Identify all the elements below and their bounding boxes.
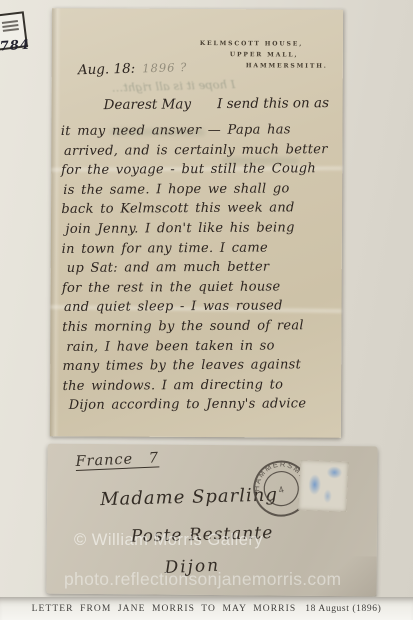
letter-line: rain, I have been taken in so <box>66 336 336 357</box>
photo-credit-watermark: photo.reflectionsonjanemorris.com <box>64 569 341 590</box>
svg-text:4: 4 <box>277 484 285 495</box>
bleed-through-text: I hope it is all right… <box>112 77 236 95</box>
salutation: Dearest May <box>104 96 192 113</box>
letter-line: for the rest in the quiet house <box>62 277 336 299</box>
archive-stamp: 784 <box>0 11 28 51</box>
letter-line: in town for any time. I came <box>62 238 336 260</box>
letter-line: Dijon according to Jenny's advice <box>69 394 337 415</box>
letter-line: this morning by the sound of real <box>62 316 336 338</box>
stamp-text-line <box>2 28 18 32</box>
letter-line: it may need answer — Papa has <box>61 120 335 142</box>
letterhead-line: HAMMERSMITH. <box>246 60 328 71</box>
framed-photo-of-letter: 784 KELMSCOTT HOUSE, UPPER MALL, HAMMERS… <box>0 0 413 620</box>
caption-date: 18 August (1896) <box>305 604 381 614</box>
salutation-row: Dearest May I send this on as <box>104 95 330 113</box>
archive-number: 784 <box>0 38 30 55</box>
letter-sheet: KELMSCOTT HOUSE, UPPER MALL, HAMMERSMITH… <box>50 8 343 438</box>
caption-bar: LETTER FROM JANE MORRIS TO MAY MORRIS 18… <box>0 597 413 620</box>
opening-phrase: I send this on as <box>217 95 329 112</box>
caption-title: LETTER FROM JANE MORRIS TO MAY MORRIS <box>32 604 297 614</box>
date-year-annotation: 1896 ? <box>142 60 187 75</box>
letter-line: many times by the leaves against <box>62 355 336 377</box>
letter-line: is the same. I hope we shall go <box>63 179 335 200</box>
letterhead-line: UPPER MALL, <box>230 49 328 61</box>
letter-line: arrived, and is certainly much better <box>64 140 335 161</box>
letter-line: the windows. I am directing to <box>63 375 337 397</box>
letter-body: it may need answer — Papa has arrived, a… <box>61 120 337 416</box>
letter-date: Aug. 18:1896 ? <box>78 59 188 78</box>
letter-line: join Jenny. I don't like his being <box>65 218 335 239</box>
letterhead: KELMSCOTT HOUSE, UPPER MALL, HAMMERSMITH… <box>200 38 328 72</box>
letter-line: for the voyage - but still the Cough <box>61 159 335 181</box>
letterhead-line: KELMSCOTT HOUSE, <box>200 38 328 50</box>
letter-line: up Sat: and am much better <box>67 257 336 278</box>
torn-stamp-remnant <box>298 460 348 512</box>
date-ink: Aug. 18: <box>78 61 136 79</box>
letter-line: back to Kelmscott this week and <box>61 198 335 220</box>
route-note: France 7 <box>75 450 159 470</box>
gallery-watermark: © William Morris Gallery <box>74 531 263 550</box>
letter-line: and quiet sleep - I was roused <box>64 296 336 317</box>
